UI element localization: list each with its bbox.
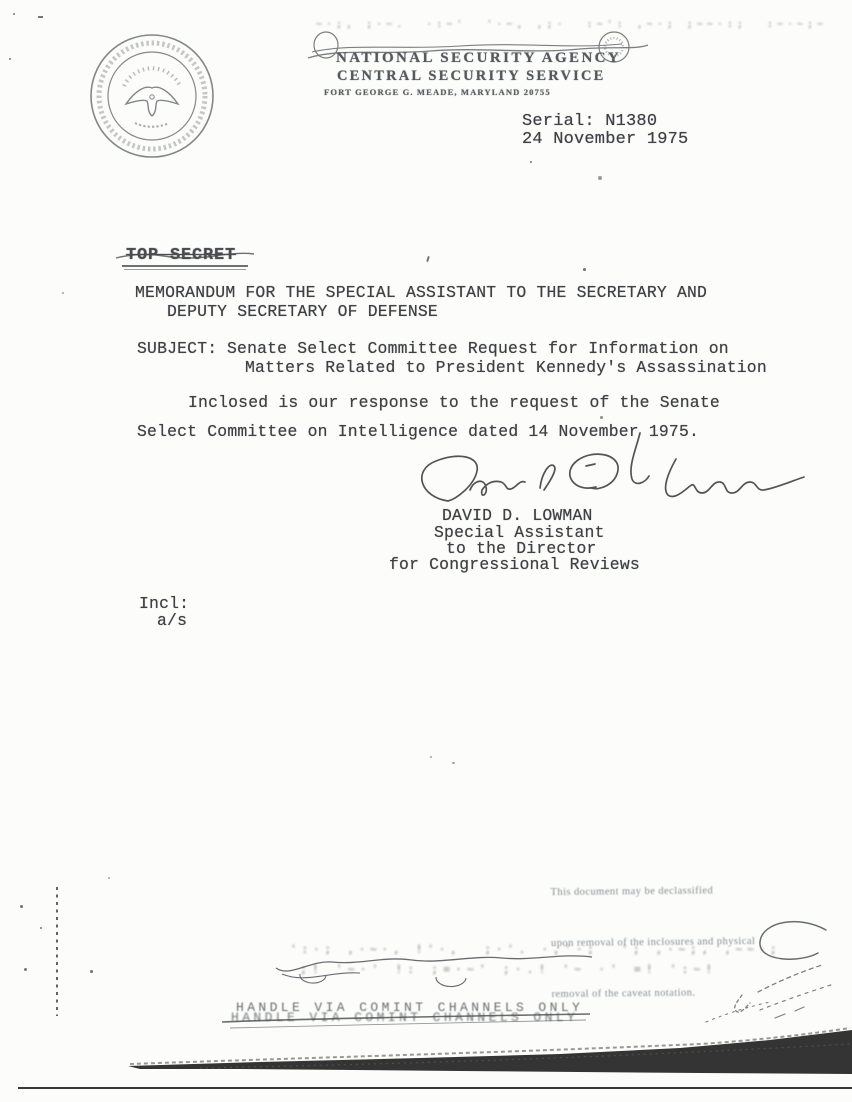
bottom-rule-line	[18, 1087, 852, 1089]
bottom-scan-edge	[0, 0, 852, 1102]
scanned-memo-page: ~·;, ;·~. ·:~' '·~, ,;· :~': ,~·; ;~~·:;…	[0, 0, 852, 1102]
